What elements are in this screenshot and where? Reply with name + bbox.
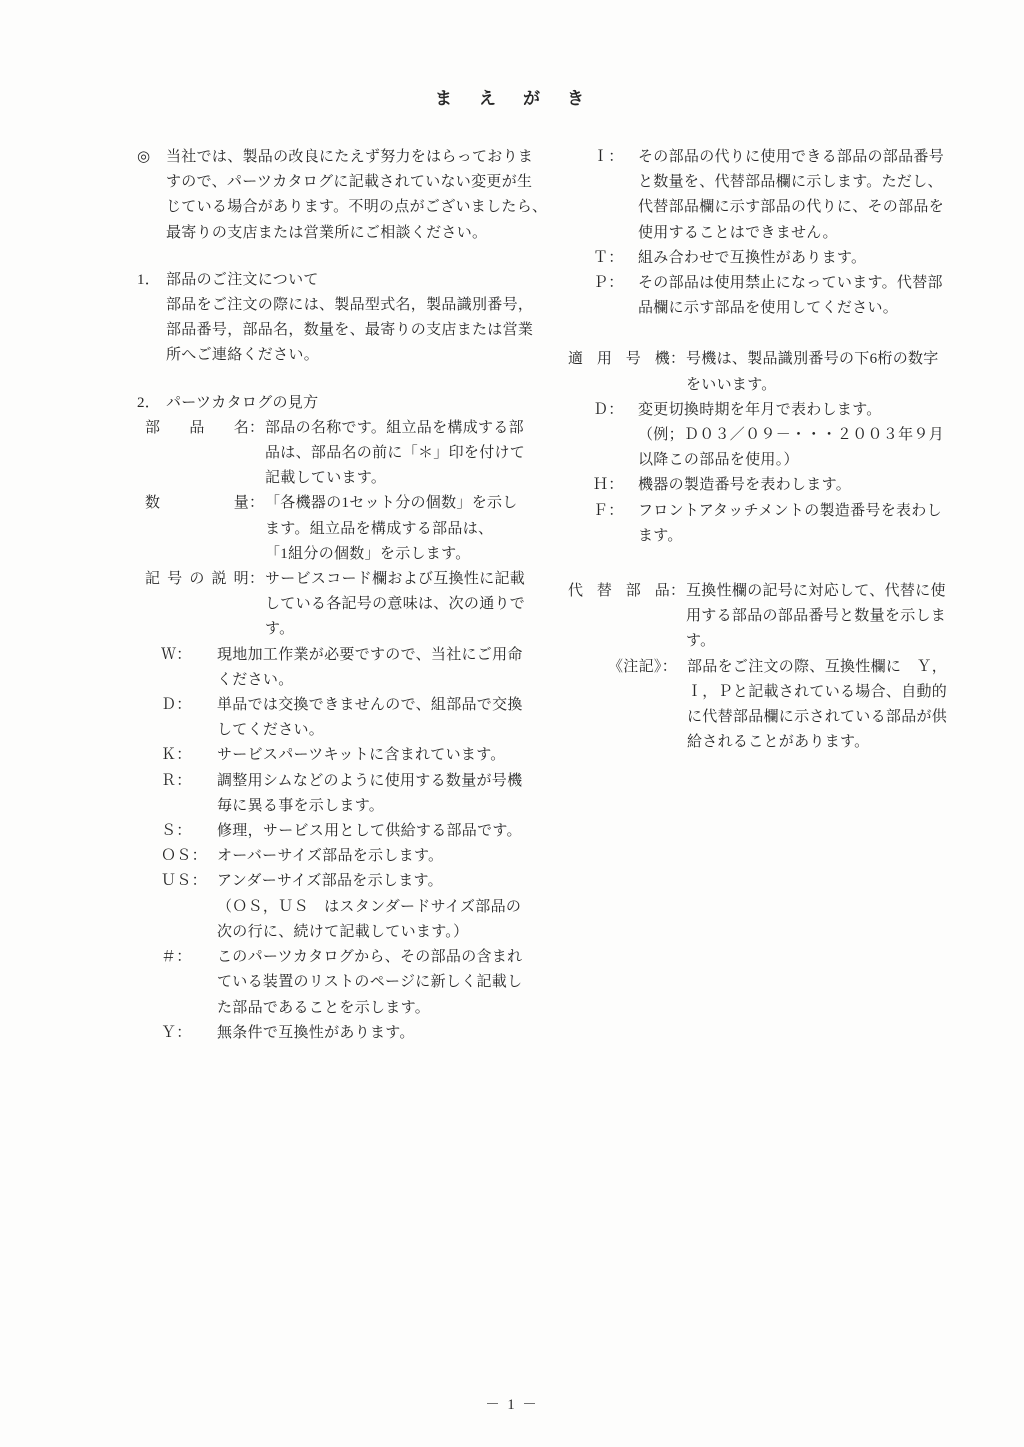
definition-term: 数量: [145, 491, 249, 516]
symbol-code: Ｄ：: [161, 693, 217, 718]
symbol-row-p: Ｐ： その部品は使用禁止になっています。代替部 品欄に示す部品を使用してください…: [568, 271, 964, 321]
symbol-desc: オーバーサイズ部品を示します。: [217, 844, 549, 869]
symbol-desc: 調整用シムなどのように使用する数量が号機 毎に異る事を示します。: [217, 769, 549, 819]
section-ordering-body: 部品をご注文の際には、製品型式名，製品識別番号， 部品番号，部品名，数量を、最寄…: [166, 293, 549, 369]
section-ordering: 1． 部品のご注文について 部品をご注文の際には、製品型式名，製品識別番号， 部…: [137, 268, 549, 369]
page-title: ま え が き: [0, 84, 1024, 109]
intro-paragraph: ◎ 当社では、製品の改良にたえず努力をはらっておりま すので、パーツカタログに記…: [137, 145, 549, 246]
section-how-to-read: 2． パーツカタログの見方 部品名 ： 部品の名称です。組立品を構成する部 品は…: [137, 391, 549, 1046]
definition-colon: ：: [249, 491, 265, 516]
symbol-row-serial-h: Ｈ： 機器の製造番号を表わします。: [568, 473, 964, 498]
section-how-to-read-heading: 2． パーツカタログの見方: [137, 391, 549, 416]
definition-colon: ：: [249, 567, 265, 592]
symbol-row-t: Ｔ： 組み合わせで互換性があります。: [568, 246, 964, 271]
symbol-desc: アンダーサイズ部品を示します。 （ＯＳ，ＵＳ はスタンダードサイズ部品の 次の行…: [217, 869, 549, 945]
symbol-desc: 無条件で互換性があります。: [217, 1021, 549, 1046]
symbol-desc: フロントアタッチメントの製造番号を表わし ます。: [638, 499, 964, 549]
symbol-row-us: ＵＳ： アンダーサイズ部品を示します。 （ＯＳ，ＵＳ はスタンダードサイズ部品の…: [137, 869, 549, 945]
section-ordering-heading: 1． 部品のご注文について: [137, 268, 549, 293]
symbol-desc: 機器の製造番号を表わします。: [638, 473, 964, 498]
definition-colon: ：: [670, 579, 686, 604]
symbol-row-hash: ＃： このパーツカタログから、その部品の含まれ ている装置のリストのページに新し…: [137, 945, 549, 1021]
symbol-row-d: Ｄ： 単品では交換できませんので、組部品で交換 してください。: [137, 693, 549, 743]
definition-row-applicable-serial: 適用号機 ： 号機は、製品識別番号の下6桁の数字 をいいます。: [568, 347, 964, 397]
definition-row-symbol-legend: 記号の説明 ： サービスコード欄および互換性に記載 している各記号の意味は、次の…: [137, 567, 549, 643]
symbol-code: Ｋ：: [161, 743, 217, 768]
symbol-code: ＯＳ：: [161, 844, 217, 869]
note-row: 《注記》： 部品をご注文の際、互換性欄に Ｙ， Ｉ，Ｐと記載されている場合、自動…: [568, 655, 964, 756]
definition-colon: ：: [249, 416, 265, 441]
symbol-row-y: Ｙ： 無条件で互換性があります。: [137, 1021, 549, 1046]
symbol-code: Ｒ：: [161, 769, 217, 794]
intro-marker: ◎: [137, 145, 166, 170]
symbol-desc: その部品は使用禁止になっています。代替部 品欄に示す部品を使用してください。: [638, 271, 964, 321]
symbol-code: Ｗ：: [161, 643, 217, 668]
symbol-desc: 単品では交換できませんので、組部品で交換 してください。: [217, 693, 549, 743]
section-ordering-number: 1．: [137, 268, 166, 293]
symbol-code: ＃：: [161, 945, 217, 970]
symbol-desc: 組み合わせで互換性があります。: [638, 246, 964, 271]
definition-colon: ：: [670, 347, 686, 372]
symbol-code: Ｈ：: [593, 473, 638, 498]
symbol-row-k: Ｋ： サービスパーツキットに含まれています。: [137, 743, 549, 768]
symbol-code: Ｐ：: [593, 271, 638, 296]
note-label: 《注記》：: [608, 655, 687, 680]
symbol-desc: 変更切換時期を年月で表わします。 （例；Ｄ０３／０９－・・・２００３年９月 以降…: [638, 398, 964, 474]
symbol-row-serial-f: Ｆ： フロントアタッチメントの製造番号を表わし ます。: [568, 499, 964, 549]
symbol-desc: このパーツカタログから、その部品の含まれ ている装置のリストのページに新しく記載…: [217, 945, 549, 1021]
definition-row-alternate-parts: 代替部品 ： 互換性欄の記号に対応して、代替に使 用する部品の部品番号と数量を示…: [568, 579, 964, 655]
symbol-desc: サービスパーツキットに含まれています。: [217, 743, 549, 768]
left-column: ◎ 当社では、製品の改良にたえず努力をはらっておりま すので、パーツカタログに記…: [137, 145, 549, 1046]
symbol-code: Ｆ：: [593, 499, 638, 524]
definition-desc: 「各機器の1セット分の個数」を示し ます。組立品を構成する部品は、 「1組分の個…: [265, 491, 549, 567]
definition-row-quantity: 数量 ： 「各機器の1セット分の個数」を示し ます。組立品を構成する部品は、 「…: [137, 491, 549, 567]
section-how-to-read-title: パーツカタログの見方: [166, 391, 318, 416]
section-ordering-title: 部品のご注文について: [166, 268, 319, 293]
intro-text: 当社では、製品の改良にたえず努力をはらっておりま すので、パーツカタログに記載さ…: [166, 145, 549, 246]
document-page: ま え が き ◎ 当社では、製品の改良にたえず努力をはらっておりま すので、パ…: [0, 0, 1024, 1447]
definition-desc: 部品の名称です。組立品を構成する部 品は、部品名の前に「＊」印を付けて 記載して…: [265, 416, 549, 492]
symbol-code: Ｄ：: [593, 398, 638, 423]
definition-desc: 互換性欄の記号に対応して、代替に使 用する部品の部品番号と数量を示しま す。: [686, 579, 964, 655]
definition-term: 適用号機: [568, 347, 670, 372]
right-column: Ｉ： その部品の代りに使用できる部品の部品番号 と数量を、代替部品欄に示します。…: [568, 145, 964, 755]
note-desc: 部品をご注文の際、互換性欄に Ｙ， Ｉ，Ｐと記載されている場合、自動的 に代替部…: [687, 655, 964, 756]
section-how-to-read-number: 2．: [137, 391, 166, 416]
definition-term: 代替部品: [568, 579, 670, 604]
symbol-row-serial-d: Ｄ： 変更切換時期を年月で表わします。 （例；Ｄ０３／０９－・・・２００３年９月…: [568, 398, 964, 474]
symbol-code: Ｙ：: [161, 1021, 217, 1046]
symbol-row-w: Ｗ： 現地加工作業が必要ですので、当社にご用命 ください。: [137, 643, 549, 693]
symbol-code: Ｓ：: [161, 819, 217, 844]
symbol-row-os: ＯＳ： オーバーサイズ部品を示します。: [137, 844, 549, 869]
symbol-code: ＵＳ：: [161, 869, 217, 894]
symbol-row-s: Ｓ： 修理，サービス用として供給する部品です。: [137, 819, 549, 844]
symbol-code: Ｉ：: [593, 145, 638, 170]
definition-row-part-name: 部品名 ： 部品の名称です。組立品を構成する部 品は、部品名の前に「＊」印を付け…: [137, 416, 549, 492]
symbol-desc: 修理，サービス用として供給する部品です。: [217, 819, 549, 844]
definition-desc: サービスコード欄および互換性に記載 している各記号の意味は、次の通りで す。: [265, 567, 549, 643]
definition-term: 記号の説明: [145, 567, 249, 592]
definition-term: 部品名: [145, 416, 249, 441]
symbol-desc: その部品の代りに使用できる部品の部品番号 と数量を、代替部品欄に示します。ただし…: [638, 145, 964, 246]
page-number: － 1 －: [0, 1393, 1024, 1414]
symbol-code: Ｔ：: [593, 246, 638, 271]
symbol-row-r: Ｒ： 調整用シムなどのように使用する数量が号機 毎に異る事を示します。: [137, 769, 549, 819]
symbol-row-i: Ｉ： その部品の代りに使用できる部品の部品番号 と数量を、代替部品欄に示します。…: [568, 145, 964, 246]
definition-desc: 号機は、製品識別番号の下6桁の数字 をいいます。: [686, 347, 964, 397]
symbol-desc: 現地加工作業が必要ですので、当社にご用命 ください。: [217, 643, 549, 693]
